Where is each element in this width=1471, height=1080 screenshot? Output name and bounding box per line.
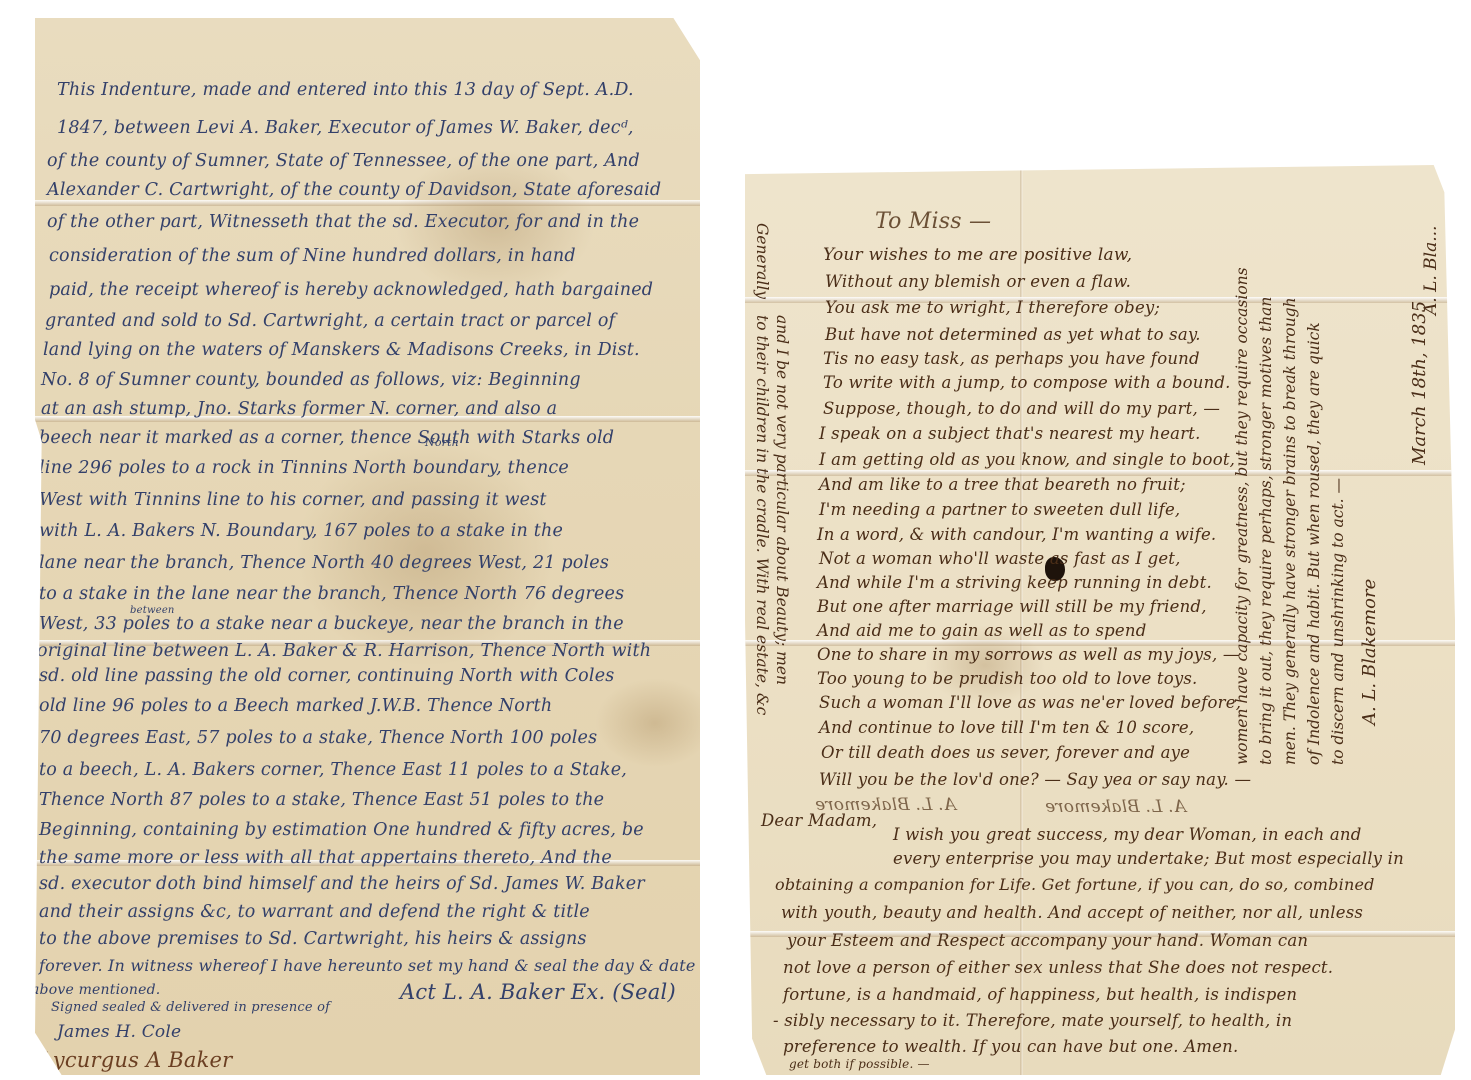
text-line: old line 96 poles to a Beech marked J.W.… [39, 696, 552, 716]
stain [595, 678, 715, 768]
poem-line: To write with a jump, to compose with a … [823, 373, 1231, 392]
text-line: to the above premises to Sd. Cartwright,… [39, 929, 587, 949]
margin-note-line: Generally [753, 223, 771, 299]
text-line: No. 8 of Sumner county, bounded as follo… [41, 370, 581, 390]
text-line: at an ash stump, Jno. Starks former N. c… [41, 399, 557, 419]
text-line: paid, the receipt whereof is hereby ackn… [49, 280, 653, 300]
executor-signature: Act L. A. Baker Ex. (Seal) [400, 980, 676, 1004]
witness-signature: James H. Cole [57, 1022, 181, 1042]
text-line: land lying on the waters of Manskers & M… [43, 340, 640, 360]
margin-note-line: women have capacity for greatness, but t… [1233, 267, 1251, 765]
text-line: to a beech, L. A. Bakers corner, Thence … [39, 760, 627, 780]
witness-signature: Lycurgus A Baker [39, 1048, 232, 1072]
text-line: sd. old line passing the old corner, con… [39, 666, 614, 686]
poem-line: And while I'm a striving keep running in… [817, 573, 1212, 592]
poem-line: Or till death does us sever, forever and… [821, 743, 1190, 762]
margin-note-line: of Indolence and habit. But when roused,… [1305, 322, 1323, 765]
reply-line: obtaining a companion for Life. Get fort… [775, 875, 1375, 894]
text-line: with L. A. Bakers N. Boundary, 167 poles… [39, 521, 563, 541]
text-line: the same more or less with all that appe… [39, 848, 612, 868]
poem-line: Will you be the lov'd one? — Say yea or … [819, 770, 1251, 789]
poem-line: Too young to be prudish too old to love … [817, 669, 1198, 688]
reply-salutation: Dear Madam, [761, 811, 877, 830]
margin-note-line: to bring it out, they require perhaps, s… [1257, 297, 1275, 765]
text-line: to a stake in the lane near the branch, … [39, 584, 624, 604]
text-line: of the county of Sumner, State of Tennes… [47, 151, 640, 171]
poem-line: Without any blemish or even a flaw. [825, 272, 1131, 291]
interlinear-note: between [130, 605, 175, 616]
fold-line [35, 200, 700, 206]
poem-line: I speak on a subject that's nearest my h… [819, 424, 1201, 443]
poem-line: And am like to a tree that beareth no fr… [819, 475, 1186, 494]
text-line: West, 33 poles to a stake near a buckeye… [39, 614, 624, 634]
text-line: and their assigns &c, to warrant and def… [39, 902, 590, 922]
reply-line: I wish you great success, my dear Woman,… [893, 825, 1362, 844]
poem-line: Such a woman I'll love as was ne'er love… [819, 693, 1241, 712]
poem-line: But have not determined as yet what to s… [825, 325, 1201, 344]
margin-note-line: to discern and unshrinking to act. — [1329, 478, 1347, 765]
letter-document: To Miss — Your wishes to me are positive… [745, 165, 1455, 1075]
reply-line: not love a person of either sex unless t… [783, 958, 1333, 977]
text-line: sd. executor doth bind himself and the h… [39, 874, 645, 894]
reply-postscript: get both if possible. — [789, 1057, 930, 1071]
text-line: Alexander C. Cartwright, of the county o… [47, 180, 661, 200]
reply-line: fortune, is a handmaid, of happiness, bu… [783, 985, 1297, 1004]
text-line: above mentioned. [31, 982, 160, 998]
poem-line: And continue to love till I'm ten & 10 s… [819, 718, 1194, 737]
margin-initials: A. L. Bla... [1421, 226, 1441, 315]
text-line: 1847, between Levi A. Baker, Executor of… [57, 118, 634, 138]
text-line: original line between L. A. Baker & R. H… [37, 641, 651, 661]
witness-note: Signed sealed & delivered in presence of [51, 1000, 330, 1015]
poem-line: You ask me to wright, I therefore obey; [825, 298, 1160, 317]
text-line: Beginning, containing by estimation One … [39, 820, 644, 840]
text-line: consideration of the sum of Nine hundred… [49, 246, 576, 266]
mirrored-signature: A. L. Blakemore [1045, 797, 1186, 817]
text-line: West with Tinnins line to his corner, an… [39, 490, 547, 510]
poem-line: Your wishes to me are positive law, [823, 245, 1132, 265]
letter-salutation: To Miss — [875, 209, 991, 234]
poem-line: Tis no easy task, as perhaps you have fo… [823, 349, 1200, 368]
poem-line: And aid me to gain as well as to spend [817, 621, 1146, 640]
margin-signature: A. L. Blakemore [1359, 579, 1380, 725]
text-line: This Indenture, made and entered into th… [57, 80, 634, 100]
text-line: granted and sold to Sd. Cartwright, a ce… [45, 311, 615, 331]
text-line: lane near the branch, Thence North 40 de… [39, 553, 609, 573]
margin-note-line: men. They generally have stronger brains… [1281, 297, 1299, 765]
poem-line: Suppose, though, to do and will do my pa… [823, 399, 1220, 418]
reply-line: with youth, beauty and health. And accep… [781, 903, 1363, 922]
poem-line: Not a woman who'll waste as fast as I ge… [819, 549, 1181, 568]
text-line: beech near it marked as a corner, thence… [39, 428, 614, 448]
poem-line: But one after marriage will still be my … [817, 597, 1207, 616]
text-line: forever. In witness whereof I have hereu… [39, 956, 696, 975]
poem-line: I am getting old as you know, and single… [819, 450, 1235, 469]
margin-date: March 18th, 1835 [1409, 301, 1430, 465]
reply-line: - sibly necessary to it. Therefore, mate… [773, 1011, 1292, 1030]
reply-line: every enterprise you may undertake; But … [893, 849, 1404, 868]
margin-note-line: and I be not very particular about Beaut… [773, 315, 791, 685]
text-line: Thence North 87 poles to a stake, Thence… [39, 790, 604, 810]
indenture-document: This Indenture, made and entered into th… [35, 18, 700, 1075]
interlinear-note: North [425, 436, 459, 449]
reply-line: preference to wealth. If you can have bu… [783, 1037, 1238, 1056]
poem-line: One to share in my sorrows as well as my… [817, 645, 1240, 664]
reply-line: your Esteem and Respect accompany your h… [787, 931, 1308, 950]
poem-line: In a word, & with candour, I'm wanting a… [817, 525, 1216, 544]
text-line: line 296 poles to a rock in Tinnins Nort… [39, 458, 569, 478]
margin-note-line: to their children in the cradle. With re… [753, 315, 771, 715]
text-line: 70 degrees East, 57 poles to a stake, Th… [39, 728, 597, 748]
text-line: of the other part, Witnesseth that the s… [47, 212, 639, 232]
poem-line: I'm needing a partner to sweeten dull li… [819, 500, 1180, 519]
